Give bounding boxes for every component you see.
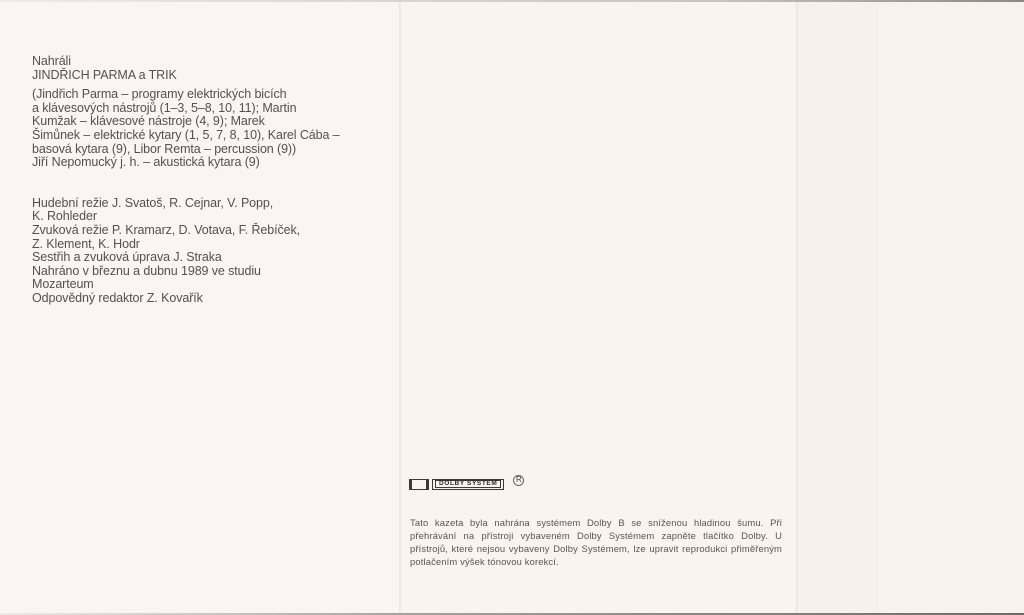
musician-line: Šimůnek – elektrické kytary (1, 5, 7, 8,… [32,129,392,143]
fold-line [796,0,798,615]
production-line: Z. Klement, K. Hodr [32,238,392,252]
credits-block: Nahráli JINDŘICH PARMA a TRIK (Jindřich … [32,55,392,306]
musician-line: Kumžak – klávesové nástroje (4, 9); Mare… [32,115,392,129]
spacer [32,170,392,197]
registered-trademark-icon: R [513,475,524,486]
fold-line [877,0,878,615]
musician-line: (Jindřich Parma – programy elektrických … [32,88,392,102]
dolby-notice-text: Tato kazeta byla nahrána systémem Dolby … [410,516,782,568]
cassette-insert-card: Nahráli JINDŘICH PARMA a TRIK (Jindřich … [0,0,1024,615]
fold-line [399,0,401,615]
musician-line: Jiří Nepomucký j. h. – akustická kytara … [32,156,392,170]
production-line: K. Rohleder [32,210,392,224]
dolby-double-d-icon [409,479,429,490]
dolby-logo: DOLBY SYSTEM [409,477,504,491]
production-line: Mozarteum [32,278,392,292]
production-credits: Hudební režie J. Svatoš, R. Cejnar, V. P… [32,197,392,306]
musician-line: a klávesových nástrojů (1–3, 5–8, 10, 11… [32,102,392,116]
production-line: Odpovědný redaktor Z. Kovařík [32,292,392,306]
dolby-logo-row: DOLBY SYSTEM R [409,477,524,491]
right-panel [877,0,1024,615]
production-line: Hudební režie J. Svatoš, R. Cejnar, V. P… [32,197,392,211]
scan-edge-top [0,0,1024,2]
dolby-system-text: DOLBY SYSTEM [435,480,501,488]
musician-line: basová kytara (9), Libor Remta – percuss… [32,143,392,157]
production-line: Nahráno v březnu a dubnu 1989 ve studiu [32,265,392,279]
production-line: Zvuková režie P. Kramarz, D. Votava, F. … [32,224,392,238]
artist-name: JINDŘICH PARMA a TRIK [32,69,392,83]
dolby-system-badge: DOLBY SYSTEM [432,479,504,490]
musicians-list: (Jindřich Parma – programy elektrických … [32,88,392,170]
spine-panel [797,0,877,615]
production-line: Sestřih a zvuková úprava J. Straka [32,251,392,265]
recorded-by-label: Nahráli [32,55,392,69]
